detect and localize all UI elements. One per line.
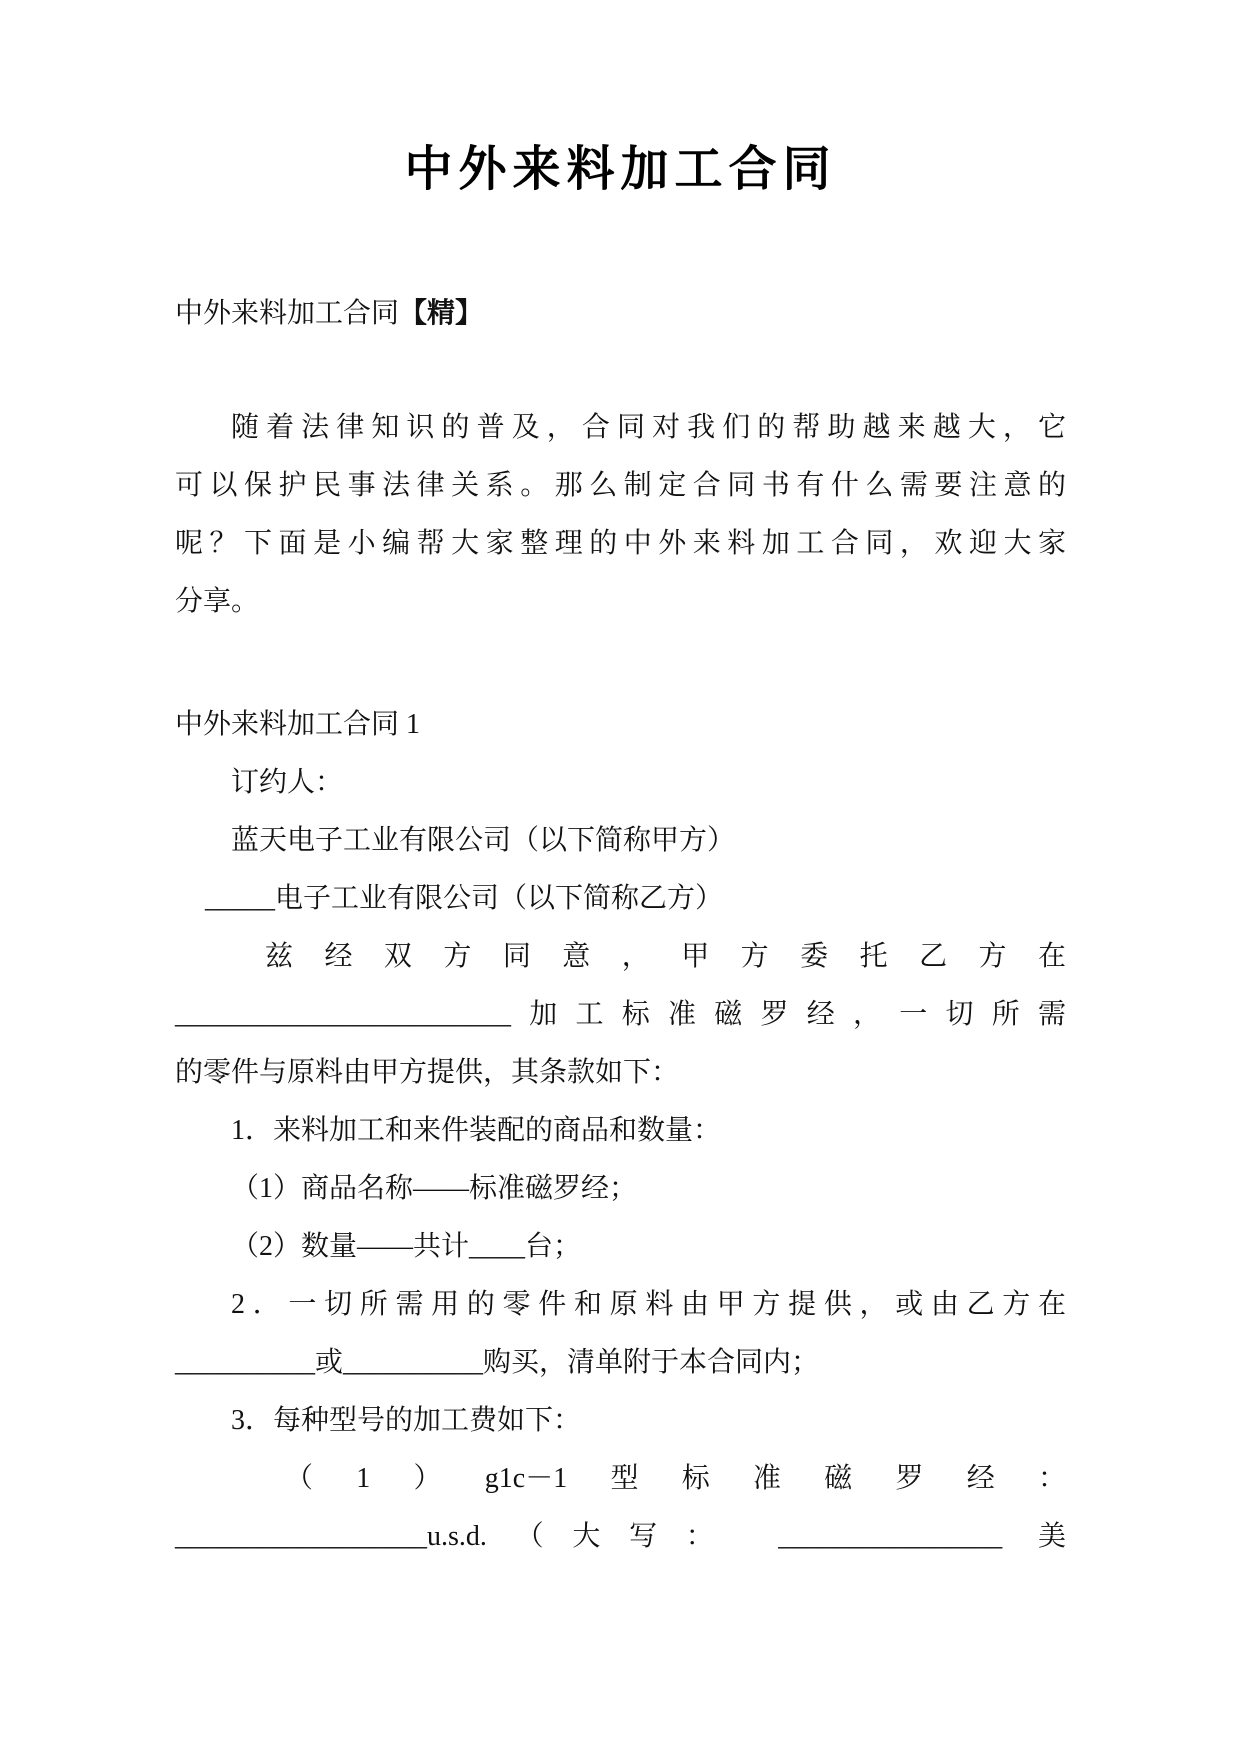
contract-line: 的零件与原料由甲方提供，其条款如下： <box>175 1044 1066 1102</box>
intro-paragraph: 随着法律知识的普及，合同对我们的帮助越来越大，它 可以保护民事法律关系。那么制定… <box>175 399 1066 631</box>
contract-clause-2: 2．一切所需用的零件和原料由甲方提供，或由乙方在 <box>175 1276 1066 1334</box>
document-content: 中外来料加工合同 中外来料加工合同【精】 随着法律知识的普及，合同对我们的帮助越… <box>0 140 1241 1566</box>
contract-line: 兹经双方同意，甲方委托乙方在 <box>175 928 1066 986</box>
contract-clause-1: 1．来料加工和来件装配的商品和数量： <box>175 1102 1066 1160</box>
contract-line-blank: _____电子工业有限公司（以下简称乙方） <box>175 870 1066 928</box>
document-subtitle: 中外来料加工合同【精】 <box>175 285 1066 343</box>
contract-line-blank: __________________u.s.d.（大写： ___________… <box>175 1508 1066 1566</box>
document-title: 中外来料加工合同 <box>175 140 1066 200</box>
contract-line-blank: __________或__________购买，清单附于本合同内； <box>175 1334 1066 1392</box>
intro-line: 分享。 <box>175 573 1066 631</box>
document-page: 中外来料加工合同 中外来料加工合同【精】 随着法律知识的普及，合同对我们的帮助越… <box>0 0 1241 1754</box>
intro-line: 呢？下面是小编帮大家整理的中外来料加工合同，欢迎大家 <box>175 515 1066 573</box>
contract-line-blank: ________________________加工标准磁罗经，一切所需 <box>175 986 1066 1044</box>
contract-line: （1）g1c－1型标准磁罗经： <box>175 1450 1066 1508</box>
section-heading: 中外来料加工合同 1 <box>175 696 1066 754</box>
contract-line: （1）商品名称——标准磁罗经； <box>175 1160 1066 1218</box>
contract-clause-3: 3．每种型号的加工费如下： <box>175 1392 1066 1450</box>
subtitle-quality-tag: 【精】 <box>399 298 483 329</box>
subtitle-text: 中外来料加工合同 <box>175 298 399 329</box>
intro-line: 随着法律知识的普及，合同对我们的帮助越来越大，它 <box>175 399 1066 457</box>
intro-line: 可以保护民事法律关系。那么制定合同书有什么需要注意的 <box>175 457 1066 515</box>
contract-line: 订约人： <box>175 754 1066 812</box>
contract-line: 蓝天电子工业有限公司（以下简称甲方） <box>175 812 1066 870</box>
contract-line-blank: （2）数量——共计____台； <box>175 1218 1066 1276</box>
contract-body: 中外来料加工合同 1 订约人： 蓝天电子工业有限公司（以下简称甲方） _____… <box>175 696 1066 1566</box>
